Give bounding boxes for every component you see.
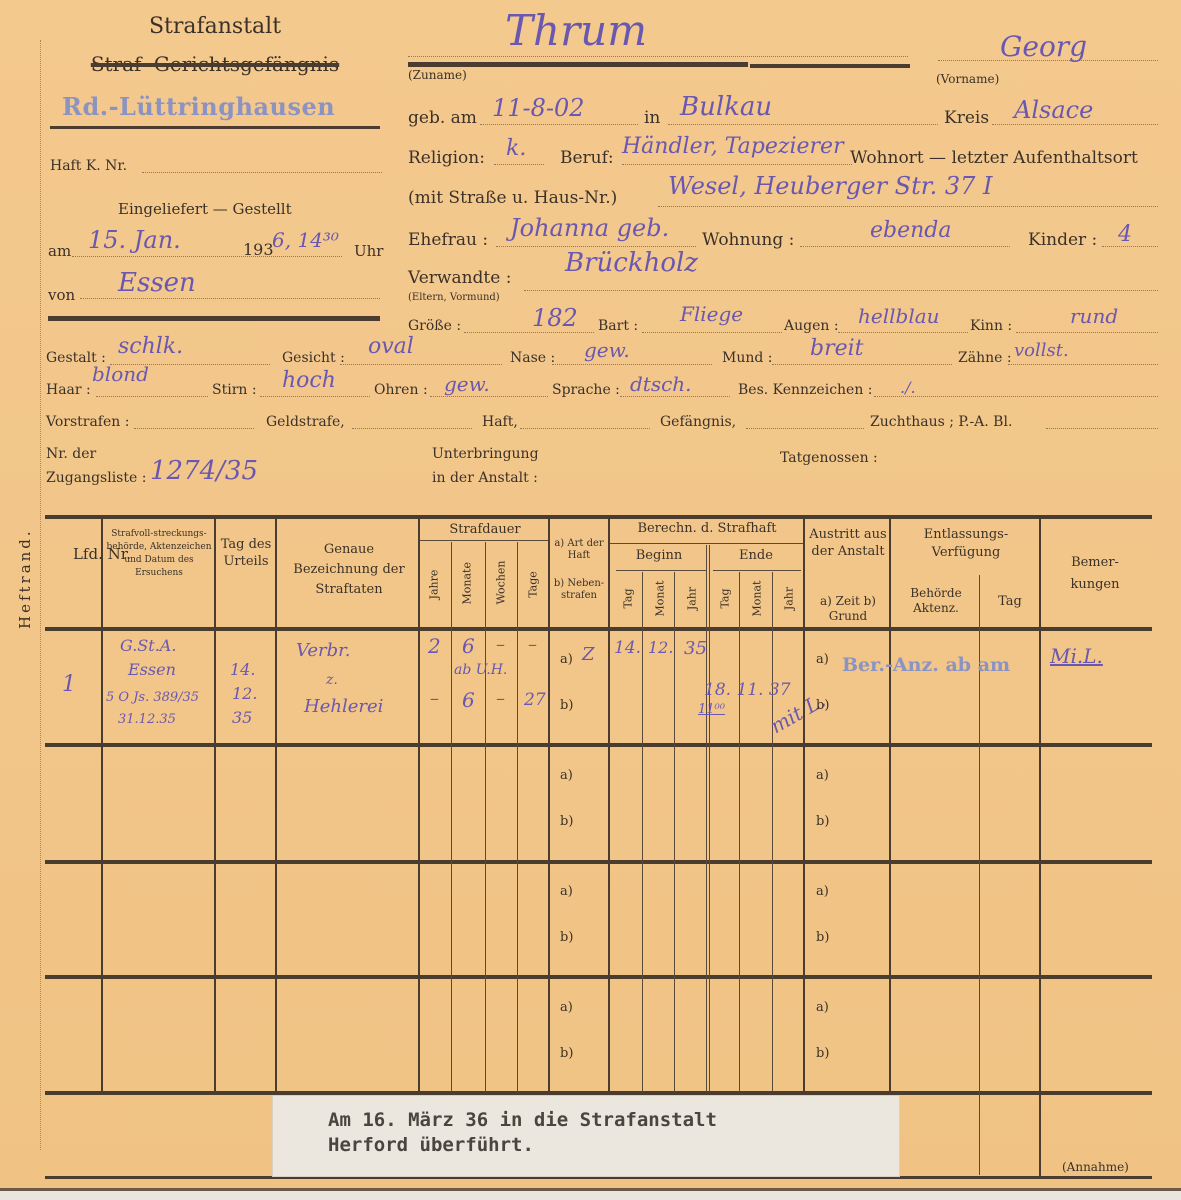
stirn-label: Stirn : (212, 382, 257, 398)
col-divider (803, 517, 805, 1092)
col-divider (275, 517, 277, 1092)
header-beginn-tag: Tag (622, 579, 635, 619)
augen-label: Augen : (784, 318, 839, 334)
ehefrau-label: Ehefrau : (408, 230, 488, 250)
header-monate: Monate (461, 565, 474, 605)
location-stamp: Rd.-Lüttringhausen (62, 92, 335, 121)
religion-value: k. (506, 136, 526, 161)
institution-title: Strafanstalt (50, 14, 380, 39)
row1-tage-a: – (528, 634, 537, 655)
typed-transfer-note: Am 16. März 36 in die Strafanstalt Herfo… (272, 1095, 900, 1177)
surname-value: Thrum (505, 6, 647, 55)
header-behoerde-aktenz: Behörde Aktenz. (894, 586, 978, 616)
verwandte-sub-label: (Eltern, Vormund) (408, 292, 500, 303)
divider-thick (48, 316, 380, 321)
ohren-value: gew. (444, 372, 490, 396)
wohnung-label: Wohnung : (702, 230, 794, 250)
row1-abzug: ab U.H. (454, 662, 507, 678)
divider (50, 126, 380, 129)
ohren-label: Ohren : (374, 382, 428, 398)
haar-label: Haar : (46, 382, 91, 398)
header-tag-urteils: Tag des Urteils (216, 536, 276, 570)
row3-austritt-b-label: b) (816, 930, 829, 945)
gestalt-value: schlk. (118, 334, 183, 359)
gefaengnis-label: Gefängnis, (660, 414, 736, 430)
header-straftaten: Genaue Bezeichnung der Straftaten (280, 540, 418, 600)
wohnung-field[interactable] (800, 246, 1010, 247)
col-divider (101, 517, 103, 1092)
geldstrafe-label: Geldstrafe, (266, 414, 345, 430)
header-entlassung-tag: Tag (980, 594, 1040, 609)
row1-jahre-a: 2 (428, 634, 441, 658)
von-field[interactable] (80, 298, 380, 299)
vorstrafen-label: Vorstrafen : (46, 414, 129, 430)
header-strafdauer: Strafdauer (420, 522, 550, 537)
kreis-field[interactable] (992, 124, 1158, 125)
row1-tag-urteils-l3: 35 (232, 708, 252, 727)
row2-a-label: a) (560, 768, 573, 783)
birth-place-field[interactable] (668, 124, 938, 125)
header-wochen: Wochen (495, 565, 508, 605)
row-rule (45, 975, 1152, 979)
kinn-field[interactable] (1016, 332, 1158, 333)
subcol-divider (451, 542, 452, 1092)
kinn-value: rund (1070, 304, 1118, 328)
header-beginn: Beginn (610, 548, 708, 563)
row-rule (45, 743, 1152, 747)
augen-value: hellblau (858, 304, 940, 328)
col-divider (418, 517, 420, 1092)
header-entlassung: Entlassungs-Verfügung (892, 526, 1040, 562)
berechnung-subrule (610, 543, 804, 544)
header-ende-tag: Tag (719, 579, 732, 619)
header-bottom-rule (45, 627, 1152, 631)
ehefrau-field[interactable] (496, 246, 696, 247)
gesicht-value: oval (368, 334, 414, 359)
religion-label: Religion: (408, 148, 485, 168)
row1-beginn-tag: 14. (614, 638, 641, 658)
wohnort-label: Wohnort — letzter Aufenthaltsort (850, 148, 1138, 168)
row2-austritt-b-label: b) (816, 814, 829, 829)
wohnung-value: ebenda (870, 218, 952, 243)
subcol-divider (485, 542, 486, 1092)
stirn-field[interactable] (260, 396, 370, 397)
birth-label: geb. am (408, 108, 477, 128)
kinder-label: Kinder : (1028, 230, 1097, 250)
beruf-label: Beruf: (560, 148, 614, 168)
year-time-value: 6, 14³⁰ (272, 228, 339, 252)
header-ende-monat: Monat (751, 579, 764, 619)
verwandte-field[interactable] (524, 290, 1158, 291)
unterbringung-label: Unterbringung (432, 446, 539, 462)
birth-date-value: 11-8-02 (492, 94, 585, 122)
row1-austritt-stamp: Ber.-Anz. ab am (842, 654, 1010, 676)
nase-value: gew. (584, 338, 630, 362)
am-label: am (48, 242, 71, 260)
gesicht-label: Gesicht : (282, 350, 345, 366)
beruf-field[interactable] (622, 164, 852, 165)
arrival-date-value: 15. Jan. (88, 226, 181, 254)
kinn-label: Kinn : (970, 318, 1012, 334)
kennzeichen-label: Bes. Kennzeichen : (738, 382, 873, 398)
beruf-value: Händler, Tapezierer (622, 134, 844, 159)
birth-place-value: Bulkau (680, 92, 772, 122)
col-divider (548, 517, 550, 1092)
ende-subrule (713, 570, 801, 571)
row4-a-label: a) (560, 1000, 573, 1015)
surname-rule-b (750, 64, 910, 68)
bart-label: Bart : (598, 318, 638, 334)
row1-austritt-a-label: a) (816, 652, 829, 667)
verwandte-label: Verwandte : (408, 268, 511, 288)
strafdauer-subrule (420, 540, 550, 541)
geldstrafe-field[interactable] (352, 428, 472, 429)
zugangsliste-value: 1274/35 (150, 456, 258, 486)
row2-b-label: b) (560, 814, 573, 829)
kennzeichen-field[interactable] (874, 396, 1158, 397)
religion-field[interactable] (494, 164, 544, 165)
mund-label: Mund : (722, 350, 773, 366)
row1-straftaten-l1: Verbr. (296, 640, 350, 661)
bart-field[interactable] (642, 332, 782, 333)
row1-b-label: b) (560, 698, 573, 713)
kreis-label: Kreis (944, 108, 989, 128)
header-tage: Tage (527, 565, 540, 605)
row1-straftaten-l3: Hehlerei (304, 696, 383, 717)
row1-straftaten-l2: z. (326, 672, 338, 688)
row1-wochen-b: – (496, 688, 505, 709)
row1-wochen-a: – (496, 634, 505, 655)
haft-k-nr-field[interactable] (142, 172, 382, 173)
groesse-label: Größe : (408, 318, 461, 334)
row1-behoerde-l4: 31.12.35 (118, 712, 176, 727)
table-top-rule (45, 515, 1152, 519)
sprache-value: dtsch. (630, 372, 692, 396)
row4-austritt-a-label: a) (816, 1000, 829, 1015)
col-divider (214, 517, 216, 1092)
header-nebenstrafen: b) Neben-strafen (549, 578, 609, 602)
year-prefix: 193 (243, 240, 274, 259)
bart-value: Fliege (680, 302, 743, 326)
subcol-divider (517, 542, 518, 1092)
col-divider (608, 517, 610, 1092)
mund-field[interactable] (772, 364, 952, 365)
row3-b-label: b) (560, 930, 573, 945)
haft-k-nr-label: Haft K. Nr. (50, 158, 127, 174)
row1-jahre-b: – (430, 688, 439, 709)
groesse-value: 182 (532, 304, 578, 332)
header-ende: Ende (708, 548, 804, 563)
annahme-label: (Annahme) (1062, 1160, 1129, 1174)
row1-art-haft: Z (582, 644, 595, 665)
row1-behoerde-l1: G.St.A. (120, 636, 176, 655)
address-value: Wesel, Heuberger Str. 37 I (668, 172, 993, 200)
subcol-divider (706, 545, 707, 1092)
margin-label: Heftrand. (16, 549, 34, 629)
kreis-value: Alsace (1014, 96, 1093, 124)
row1-behoerde-l2: Essen (128, 660, 176, 679)
row1-behoerde-l3: 5 O Js. 389/35 (106, 690, 199, 705)
row1-beginn-jahr: 35 (684, 638, 707, 659)
row-rule (45, 860, 1152, 864)
firstname-label: (Vorname) (936, 72, 999, 86)
row3-austritt-a-label: a) (816, 884, 829, 899)
header-austritt-sub: a) Zeit b) Grund (806, 594, 890, 624)
zuchthaus-label: Zuchthaus ; P.-A. Bl. (870, 414, 1012, 430)
header-beginn-jahr: Jahr (686, 579, 699, 619)
mund-value: breit (810, 336, 864, 361)
header-jahre: Jahre (428, 565, 441, 605)
sprache-field[interactable] (620, 396, 730, 397)
haft-field[interactable] (520, 428, 650, 429)
row1-monate-a: 6 (462, 634, 475, 658)
prisoner-record-card: Heftrand. Strafanstalt Straf- Gerichtsge… (0, 0, 1181, 1196)
header-ende-jahr: Jahr (783, 579, 796, 619)
header-austritt: Austritt aus der Anstalt (806, 526, 890, 560)
zaehne-label: Zähne : (958, 350, 1012, 366)
row4-b-label: b) (560, 1046, 573, 1061)
header-behoerde: Strafvoll-streckungs-behörde, Aktenzeich… (104, 528, 214, 580)
ohren-field[interactable] (430, 396, 548, 397)
row4-austritt-b-label: b) (816, 1046, 829, 1061)
gefaengnis-field[interactable] (746, 428, 864, 429)
typed-note-line-2: Herford überführt. (328, 1133, 899, 1158)
tatgenossen-label: Tatgenossen : (780, 450, 878, 466)
firstname-value: Georg (1000, 30, 1087, 63)
von-label: von (48, 286, 75, 304)
haar-value: blond (92, 362, 149, 386)
header-art-haft: a) Art der Haft (549, 538, 609, 562)
in-der-anstalt-label: in der Anstalt : (432, 470, 538, 486)
subcol-divider (739, 572, 740, 1092)
nr-der-label: Nr. der (46, 446, 96, 462)
von-value: Essen (118, 268, 196, 298)
row1-austritt-b-label: b) (816, 698, 829, 713)
struck-title: Straf- Gerichtsgefängnis (50, 52, 380, 76)
address-label: (mit Straße u. Haus-Nr.) (408, 188, 617, 208)
subcol-divider (709, 545, 710, 1092)
header-beginn-monat: Monat (654, 579, 667, 619)
birth-in-label: in (644, 108, 660, 128)
row1-lfd-nr: 1 (62, 672, 76, 697)
row3-a-label: a) (560, 884, 573, 899)
row2-austritt-a-label: a) (816, 768, 829, 783)
zaehne-field[interactable] (1008, 364, 1158, 365)
eingeliefert-label: Eingeliefert — Gestellt (118, 200, 292, 218)
row1-tag-urteils-l1: 14. (230, 660, 255, 679)
header-bemerkungen: Bemer-kungen (1060, 552, 1130, 596)
col-divider (1039, 517, 1041, 1177)
stirn-value: hoch (282, 368, 336, 393)
row1-ende-date: 18. 11. 37 (704, 680, 791, 700)
row1-ende-time: 11⁰⁰ (698, 702, 725, 717)
typed-note-line-1: Am 16. März 36 in die Strafanstalt (328, 1108, 899, 1133)
haft-label: Haft, (482, 414, 518, 430)
augen-field[interactable] (838, 332, 968, 333)
surname-rule-a (408, 62, 748, 67)
header-berechnung: Berechn. d. Strafhaft (610, 521, 804, 536)
row1-a-label: a) (560, 652, 573, 667)
subcol-divider (674, 572, 675, 1092)
haar-field[interactable] (96, 396, 208, 397)
address-field[interactable] (658, 206, 1158, 207)
subcol-divider (772, 572, 773, 1092)
pa-bl-field[interactable] (1046, 428, 1158, 429)
uhr-label: Uhr (354, 242, 383, 260)
row1-bemerkungen: Mi.L. (1050, 644, 1103, 668)
vorstrafen-field[interactable] (134, 428, 254, 429)
sprache-label: Sprache : (552, 382, 620, 398)
card-bottom-edge (0, 1188, 1181, 1200)
nase-field[interactable] (552, 364, 712, 365)
kinder-value: 4 (1118, 222, 1132, 247)
binding-margin-line (40, 40, 41, 1150)
verwandte-value: Brückholz (565, 248, 698, 278)
kennzeichen-value: ./. (900, 378, 916, 397)
row1-tag-urteils-l2: 12. (232, 684, 257, 703)
ehefrau-value: Johanna geb. (510, 214, 669, 242)
surname-label: (Zuname) (408, 68, 467, 82)
surname-field[interactable] (408, 56, 908, 57)
row1-monate-b: 6 (462, 688, 475, 712)
beginn-subrule (616, 570, 706, 571)
row1-tage-b: 27 (524, 690, 546, 710)
groesse-field[interactable] (464, 332, 594, 333)
arrival-date-field[interactable] (72, 256, 342, 257)
zugangsliste-label: Zugangsliste : (46, 470, 146, 486)
nase-label: Nase : (510, 350, 555, 366)
subcol-divider (642, 572, 643, 1092)
zaehne-value: vollst. (1014, 340, 1069, 361)
birth-date-field[interactable] (480, 124, 638, 125)
gesicht-field[interactable] (340, 364, 502, 365)
row1-beginn-monat: 12. (648, 638, 673, 657)
